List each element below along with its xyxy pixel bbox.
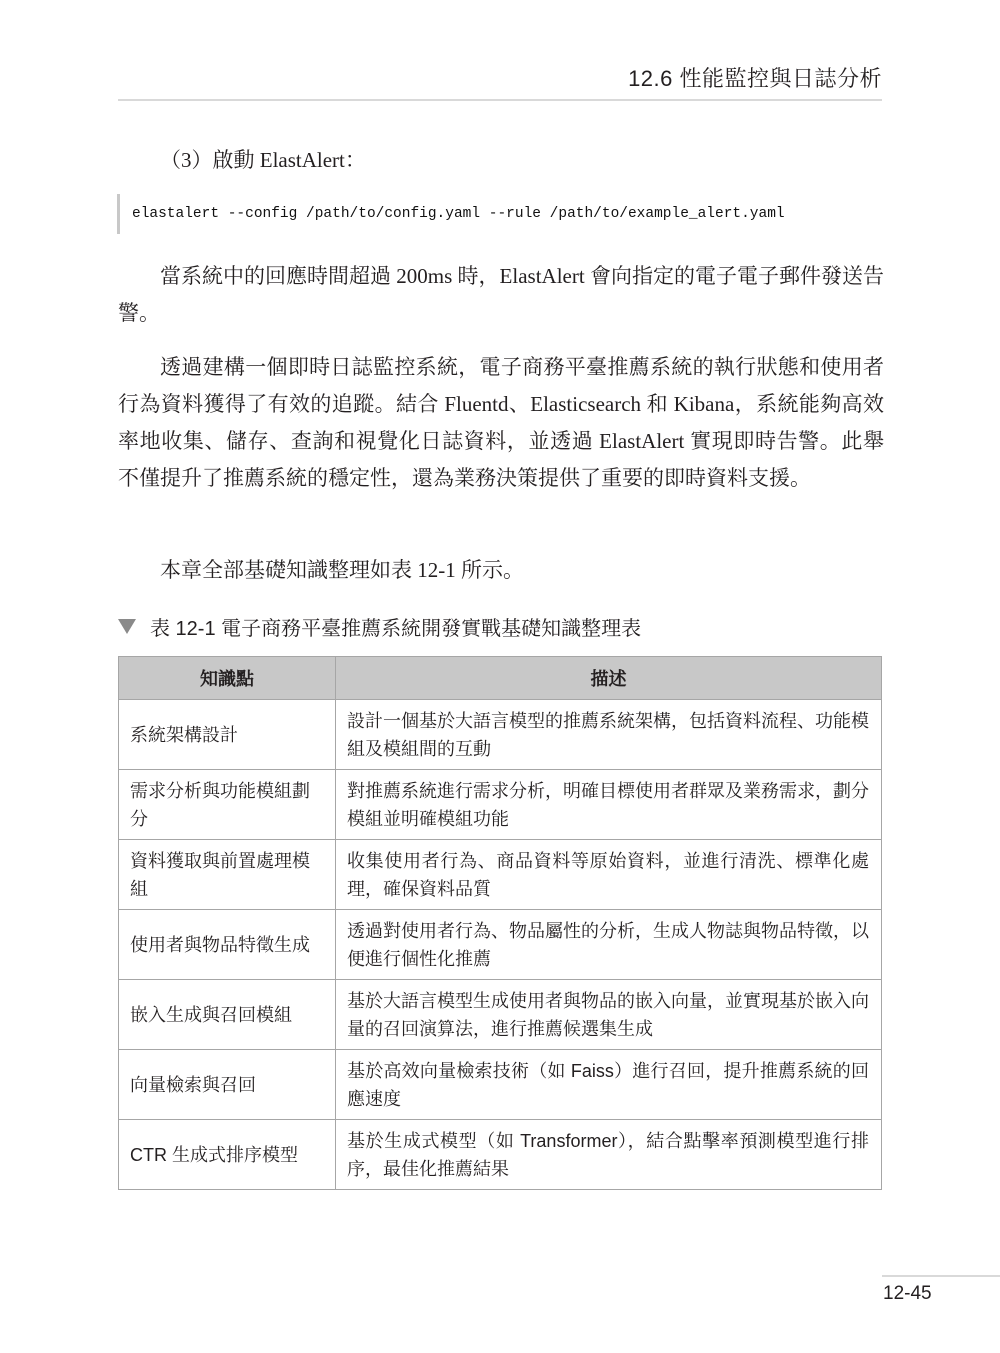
cell-topic: 使用者與物品特徵生成 [119, 910, 336, 980]
table-row: 資料獲取與前置處理模組 收集使用者行為、商品資料等原始資料，並進行清洗、標準化處… [119, 840, 882, 910]
cell-topic: 系統架構設計 [119, 700, 336, 770]
cell-description: 設計一個基於大語言模型的推薦系統架構，包括資料流程、功能模組及模組間的互動 [336, 700, 882, 770]
paragraph-summary: 透過建構一個即時日誌監控系統，電子商務平臺推薦系統的執行狀態和使用者行為資料獲得… [118, 349, 884, 497]
cell-topic: 資料獲取與前置處理模組 [119, 840, 336, 910]
table-row: 向量檢索與召回 基於高效向量檢索技術（如 Faiss）進行召回，提升推薦系統的回… [119, 1050, 882, 1120]
column-header-description: 描述 [336, 657, 882, 700]
table-caption: 表 12-1 電子商務平臺推薦系統開發實戰基礎知識整理表 [118, 612, 641, 641]
table-row: 系統架構設計 設計一個基於大語言模型的推薦系統架構，包括資料流程、功能模組及模組… [119, 700, 882, 770]
table-caption-text: 表 12-1 電子商務平臺推薦系統開發實戰基礎知識整理表 [150, 612, 641, 641]
cell-description: 透過對使用者行為、物品屬性的分析，生成人物誌與物品特徵，以便進行個性化推薦 [336, 910, 882, 980]
footer-divider [882, 1275, 1000, 1277]
table-row: 需求分析與功能模組劃分 對推薦系統進行需求分析，明確目標使用者群眾及業務需求，劃… [119, 770, 882, 840]
cell-topic: 嵌入生成與召回模組 [119, 980, 336, 1050]
page-number: 12-45 [883, 1283, 932, 1305]
cell-description: 收集使用者行為、商品資料等原始資料，並進行清洗、標準化處理，確保資料品質 [336, 840, 882, 910]
column-header-topic: 知識點 [119, 657, 336, 700]
cell-topic: 向量檢索與召回 [119, 1050, 336, 1120]
step-heading: （3）啟動 ElastAlert： [160, 144, 366, 174]
cell-description: 基於大語言模型生成使用者與物品的嵌入向量，並實現基於嵌入向量的召回演算法，進行推… [336, 980, 882, 1050]
paragraph-alert-description: 當系統中的回應時間超過 200ms 時，ElastAlert 會向指定的電子電子… [118, 258, 884, 332]
cell-topic: 需求分析與功能模組劃分 [119, 770, 336, 840]
cell-description: 對推薦系統進行需求分析，明確目標使用者群眾及業務需求，劃分模組並明確模組功能 [336, 770, 882, 840]
running-header-section-title: 12.6 性能監控與日誌分析 [628, 62, 882, 93]
code-block: elastalert --config /path/to/config.yaml… [117, 194, 817, 234]
cell-description: 基於高效向量檢索技術（如 Faiss）進行召回，提升推薦系統的回應速度 [336, 1050, 882, 1120]
table-row: CTR 生成式排序模型 基於生成式模型（如 Transformer），結合點擊率… [119, 1120, 882, 1190]
caption-triangle-icon [118, 619, 136, 634]
table-row: 嵌入生成與召回模組 基於大語言模型生成使用者與物品的嵌入向量，並實現基於嵌入向量… [119, 980, 882, 1050]
paragraph-table-intro: 本章全部基礎知識整理如表 12-1 所示。 [118, 552, 884, 589]
cell-topic: CTR 生成式排序模型 [119, 1120, 336, 1190]
knowledge-table: 知識點 描述 系統架構設計 設計一個基於大語言模型的推薦系統架構，包括資料流程、… [118, 656, 882, 1190]
code-command: elastalert --config /path/to/config.yaml… [132, 206, 785, 222]
cell-description: 基於生成式模型（如 Transformer），結合點擊率預測模型進行排序，最佳化… [336, 1120, 882, 1190]
table-row: 使用者與物品特徵生成 透過對使用者行為、物品屬性的分析，生成人物誌與物品特徵，以… [119, 910, 882, 980]
table-header-row: 知識點 描述 [119, 657, 882, 700]
header-divider [118, 99, 882, 101]
